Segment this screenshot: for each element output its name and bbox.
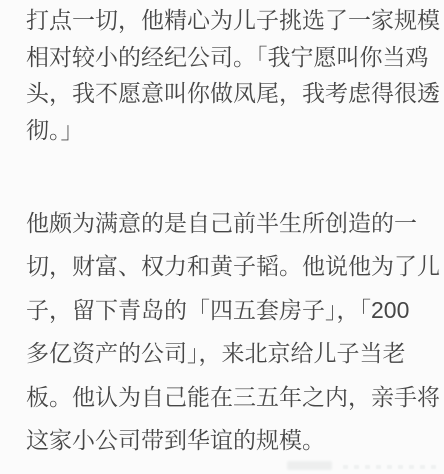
text-line: 彻。」 [26, 112, 440, 149]
text-line: 切，财富、权力和黄子韬。他说他为了儿 [26, 245, 440, 288]
text-line: 打点一切，他精心为儿子挑选了一家规模 [26, 2, 440, 39]
text-line: 板。他认为自己能在三五年之内，亲手将 [26, 376, 440, 419]
paragraph-2: 他颇为满意的是自己前半生所创造的一 切，财富、权力和黄子韬。他说他为了儿 子，留… [26, 202, 440, 462]
text-line: 头，我不愿意叫你做凤尾，我考虑得很透 [26, 75, 440, 112]
cutoff-next-line-fragment [287, 461, 332, 470]
cutoff-next-line-fragment [343, 465, 440, 469]
text-line: 子，留下青岛的「四五套房子」，「200 [26, 289, 440, 332]
paragraph-1: 打点一切，他精心为儿子挑选了一家规模 相对较小的经纪公司。「我宁愿叫你当鸡 头，… [26, 2, 440, 149]
text-line: 相对较小的经纪公司。「我宁愿叫你当鸡 [26, 39, 440, 76]
text-line: 他颇为满意的是自己前半生所创造的一 [26, 202, 440, 245]
text-line: 多亿资产的公司」，来北京给儿子当老 [26, 332, 440, 375]
article-page: 打点一切，他精心为儿子挑选了一家规模 相对较小的经纪公司。「我宁愿叫你当鸡 头，… [0, 0, 444, 474]
text-line: 这家小公司带到华谊的规模。 [26, 419, 440, 462]
